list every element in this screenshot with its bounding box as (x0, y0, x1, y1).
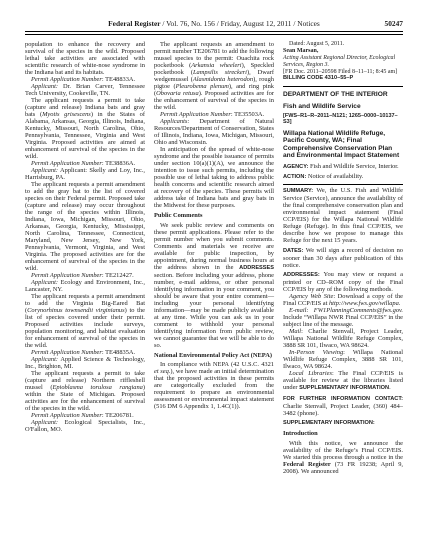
running-head: Federal Register / Vol. 76, No. 156 / Fr… (25, 20, 403, 28)
department-heading: DEPARTMENT OF THE INTERIOR (283, 91, 403, 99)
section-divider (283, 86, 403, 87)
body-paragraph: The applicant requests a permit to take … (25, 97, 145, 160)
applicant-line: Applicant: Ecological Specialists, Inc.,… (25, 419, 145, 433)
signature-name: Sean Marsan, (283, 48, 403, 55)
signature-title: Acting Assistant Regional Director, Ecol… (283, 55, 403, 69)
permit-number: Permit Application Number: TE48835A. (25, 349, 145, 356)
column-1: population to enhance the recovery and s… (25, 41, 145, 474)
agency-heading: Fish and Wildlife Service (283, 103, 403, 111)
issue-info: / Vol. 76, No. 156 / Friday, August 12, … (161, 19, 320, 28)
applicant-line: Applicant: Dr. Brian Carver, Tennessee T… (25, 83, 145, 97)
body-paragraph: The applicant requests an amendment to p… (154, 41, 274, 111)
body-paragraph: With this notice, we announce the availa… (283, 440, 403, 475)
applicant-line: Applicant: Ecology and Environment, Inc.… (25, 279, 145, 293)
section-heading-introduction: Introduction (283, 430, 403, 437)
mail-item: Mail: Charlie Stenvall, Project Leader, … (283, 328, 403, 349)
dated-line: Dated: August 5, 2011. (283, 41, 403, 48)
body-paragraph: The applicant requests a permit amendmen… (25, 293, 145, 349)
applicant-line: Applicant: Applicant: Skelly and Loy, In… (25, 167, 145, 181)
agency-line: AGENCY: Fish and Wildlife Service, Inter… (283, 163, 403, 171)
supplementary-information-label: SUPPLEMENTARY INFORMATION: (283, 419, 403, 427)
local-libraries-item: Local Libraries: The Final CCP/EIS is av… (283, 370, 403, 392)
header-rule (25, 31, 403, 35)
permit-number: Permit Application Number: TE38836A. (25, 160, 145, 167)
page-number: 50247 (385, 20, 403, 28)
action-line: ACTION: Notice of availability. (283, 173, 403, 181)
body-paragraph: The applicant requests a permit amendmen… (25, 181, 145, 272)
email-item: E-mail: FW1PlanningComments@fws.gov. Inc… (283, 307, 403, 328)
docket-number: [FWS–R1–R–2011–N121; 1265–0000–10137–S3] (283, 113, 403, 126)
permit-number: Permit Application Number: TE48833A. (25, 76, 145, 83)
permit-number: Permit Application Number: TE206781. (25, 412, 145, 419)
dates-paragraph: DATES: We will sign a record of decision… (283, 247, 403, 269)
body-paragraph: We seek public review and comments on th… (154, 222, 274, 349)
summary-paragraph: SUMMARY: We, the U.S. Fish and Wildlife … (283, 187, 403, 244)
fr-doc-line: [FR Doc. 2011–20598 Filed 8–11–11; 8:45 … (283, 69, 403, 76)
in-person-viewing-item: In-Person Viewing: Willapa National Wild… (283, 349, 403, 370)
section-heading-nepa: National Environmental Policy Act (NEPA) (154, 352, 274, 359)
billing-code-line: BILLING CODE 4310–55–P (283, 75, 403, 82)
thin-divider (283, 184, 403, 185)
contact-paragraph: FOR FURTHER INFORMATION CONTACT: Charlie… (283, 395, 403, 417)
section-heading-public-comments: Public Comments (154, 212, 274, 219)
journal-name: Federal Register (108, 19, 160, 28)
body-paragraph: population to enhance the recovery and s… (25, 41, 145, 76)
applicant-line: Applicants: Department of Natural Resour… (154, 118, 274, 146)
federal-register-page: Federal Register / Vol. 76, No. 156 / Fr… (0, 0, 428, 554)
column-2: The applicant requests an amendment to p… (154, 41, 274, 474)
column-3: Dated: August 5, 2011.Sean Marsan,Acting… (283, 41, 403, 474)
permit-number: Permit Application Number: TE212427. (25, 272, 145, 279)
notice-title: Willapa National Wildlife Refuge, Pacifi… (283, 130, 403, 160)
body-paragraph: In anticipation of the spread of white-n… (154, 146, 274, 209)
applicant-line: Applicant: Applied Science & Technology,… (25, 356, 145, 370)
body-paragraph: In compliance with NEPA (42 U.S.C. 4321 … (154, 361, 274, 410)
addresses-paragraph: ADDRESSES: You may view or request a pri… (283, 271, 403, 293)
text-columns: population to enhance the recovery and s… (25, 41, 403, 474)
agency-web-site-item: Agency Web Site: Download a copy of the … (283, 293, 403, 307)
body-paragraph: The applicant requests a permit to take … (25, 370, 145, 412)
permit-number: Permit Application Number: TE35503A. (154, 111, 274, 118)
